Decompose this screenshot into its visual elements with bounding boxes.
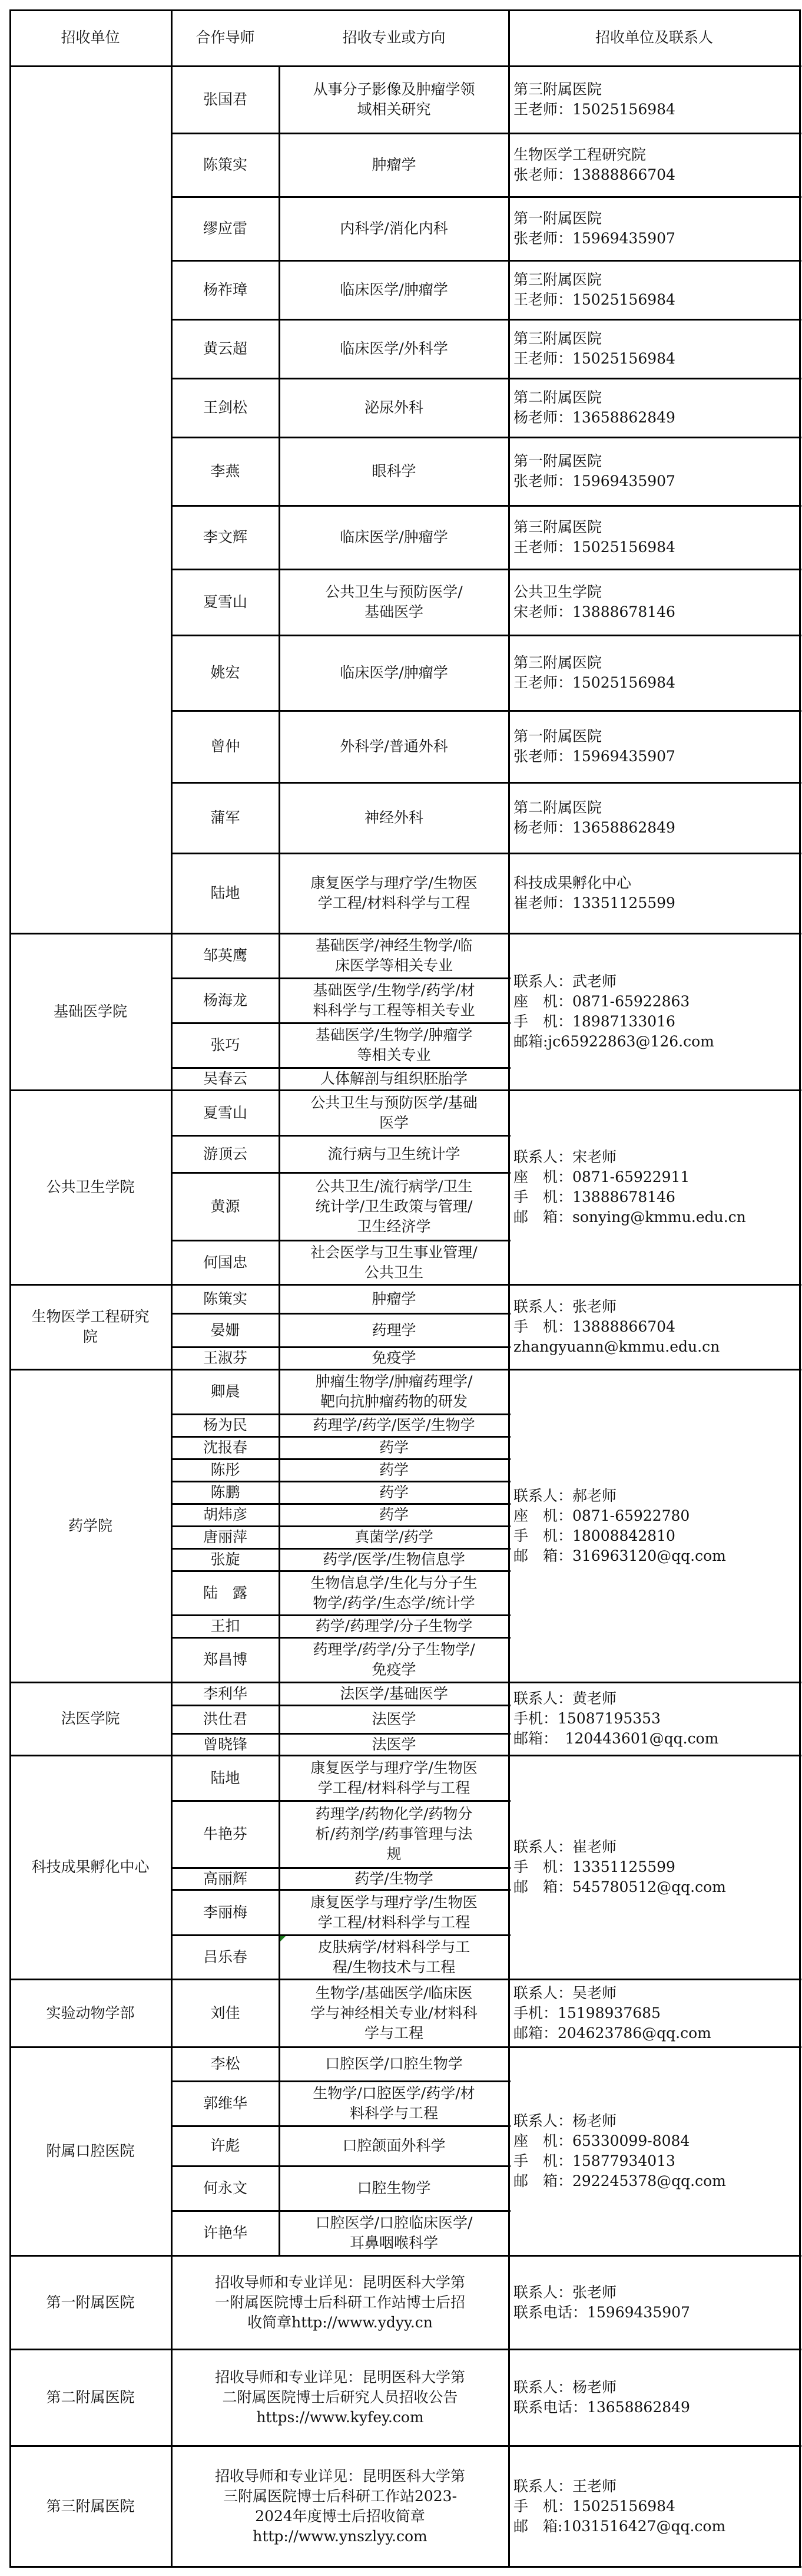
major-cell: 人体解剖与组织胚胎学 (279, 1068, 509, 1090)
supervisor-cell-text: 曾仲 (210, 737, 240, 757)
contact-cell-text: 第二附属医院 杨老师：13658862849 (513, 798, 675, 838)
unit-cell-text: 科技成果孵化中心 (31, 1857, 149, 1877)
unit-cell: 第一附属医院 (9, 2255, 171, 2349)
supervisor-cell: 胡炜彦 (171, 1504, 279, 1526)
major-cell: 真菌学/药学 (279, 1526, 509, 1548)
contact-cell: 联系人：杨老师 联系电话：13658862849 (509, 2349, 800, 2446)
major-cell: 内科学/消化内科 (279, 197, 509, 260)
supervisor-cell: 王扣 (171, 1615, 279, 1637)
contact-cell-text: 第三附属医院 王老师：15025156984 (513, 270, 675, 310)
supervisor-cell: 卿晨 (171, 1369, 279, 1414)
supervisor-cell-text: 夏雪山 (203, 1103, 247, 1123)
major-cell-text: 泌尿外科 (364, 398, 423, 418)
unit-cell: 第二附属医院 (9, 2349, 171, 2446)
major-cell-text: 临床医学/外科学 (340, 339, 448, 359)
contact-cell-text: 第二附属医院 杨老师：13658862849 (513, 388, 675, 428)
contact-cell-text: 联系人：杨老师 联系电话：13658862849 (513, 2377, 690, 2418)
unit-cell-text: 第三附属医院 (46, 2496, 134, 2516)
contact-cell: 联系人：宋老师 座 机：0871-65922911 手 机：1388867814… (509, 1090, 800, 1284)
supervisor-cell-text: 唐丽萍 (203, 1527, 247, 1547)
unit-cell-text: 药学院 (68, 1516, 112, 1536)
header-contact: 招收单位及联系人 (509, 9, 800, 66)
major-cell-text: 临床医学/肿瘤学 (340, 527, 448, 547)
major-cell-text: 法医学 (372, 1709, 416, 1729)
supervisor-cell: 何永文 (171, 2166, 279, 2211)
supervisor-cell-text: 晏姗 (210, 1320, 240, 1340)
supervisor-cell-text: 洪仕君 (203, 1709, 247, 1729)
supervisor-cell: 邹英鹰 (171, 933, 279, 978)
major-cell-text: 药学/生物学 (354, 1869, 433, 1889)
major-cell: 药学 (279, 1459, 509, 1481)
supervisor-cell: 吴春云 (171, 1068, 279, 1090)
supervisor-cell: 高丽辉 (171, 1868, 279, 1890)
contact-cell-text: 第三附属医院 王老师：15025156984 (513, 517, 675, 557)
major-cell-text: 神经外科 (364, 808, 423, 828)
contact-cell: 联系人：王老师 手 机：15025156984 邮 箱:1031516427@q… (509, 2446, 800, 2567)
header-supervisor: 合作导师 (171, 9, 279, 66)
major-cell: 口腔医学/口腔临床医学/ 耳鼻咽喉科学 (279, 2211, 509, 2255)
contact-cell: 联系人：崔老师 手 机：13351125599 邮 箱：545780512@qq… (509, 1755, 800, 1979)
contact-cell: 第三附属医院 王老师：15025156984 (509, 506, 800, 569)
contact-cell-text: 第三附属医院 王老师：15025156984 (513, 329, 675, 369)
supervisor-cell: 郭维华 (171, 2081, 279, 2126)
supervisor-cell-text: 何国忠 (203, 1253, 247, 1273)
contact-cell-text: 第三附属医院 王老师：15025156984 (513, 80, 675, 120)
major-cell: 公共卫生/流行病学/卫生 统计学/卫生政策与管理/ 卫生经济学 (279, 1173, 509, 1240)
major-cell-text: 基础医学/生物学/肿瘤学 等相关专业 (316, 1025, 473, 1065)
header-supervisor-text: 合作导师 (195, 28, 254, 48)
major-cell: 生物学/口腔医学/药学/材 料科学与工程 (279, 2081, 509, 2126)
contact-cell-text: 科技成果孵化中心 崔老师：13351125599 (513, 873, 675, 913)
major-cell-text: 社会医学与卫生事业管理/ 公共卫生 (310, 1243, 477, 1283)
contact-cell-text: 第三附属医院 王老师：15025156984 (513, 653, 675, 693)
major-cell: 药学 (279, 1504, 509, 1526)
supervisor-cell-text: 吴春云 (203, 1069, 247, 1089)
contact-cell: 第一附属医院 张老师：15969435907 (509, 437, 800, 506)
supervisor-cell: 李松 (171, 2047, 279, 2081)
supervisor-cell-text: 陆地 (210, 1768, 240, 1788)
supervisor-cell-text: 陆地 (210, 883, 240, 903)
supervisor-cell-text: 缪应雷 (203, 219, 247, 239)
supervisor-cell: 王剑松 (171, 378, 279, 437)
supervisor-cell: 杨海龙 (171, 978, 279, 1023)
major-cell-text: 眼科学 (372, 461, 416, 481)
major-cell: 流行病与卫生统计学 (279, 1135, 509, 1173)
major-cell: 临床医学/外科学 (279, 319, 509, 378)
contact-cell-text: 联系人：郝老师 座 机：0871-65922780 手 机：1800884281… (513, 1486, 726, 1566)
major-cell-text: 基础医学/神经生物学/临 床医学等相关专业 (316, 936, 473, 976)
supervisor-cell: 黄源 (171, 1173, 279, 1240)
major-cell: 公共卫生与预防医学/ 基础医学 (279, 569, 509, 635)
detail-cell-text: 招收导师和专业详见：昆明医科大学第 二附属医院博士后研究人员招收公告 https… (215, 2367, 465, 2428)
major-cell-text: 生物学/口腔医学/药学/材 料科学与工程 (313, 2083, 475, 2123)
unit-cell: 科技成果孵化中心 (9, 1755, 171, 1979)
contact-cell: 联系人：黄老师 手机：15087195353 邮箱： 120443601@qq.… (509, 1682, 800, 1755)
unit-cell (9, 66, 171, 933)
supervisor-cell-text: 郭维华 (203, 2093, 247, 2113)
unit-cell-text: 法医学院 (61, 1709, 120, 1729)
major-cell-text: 口腔生物学 (357, 2178, 430, 2198)
supervisor-cell: 杨为民 (171, 1414, 279, 1436)
major-cell-text: 肿瘤生物学/肿瘤药理学/ 靶向抗肿瘤药物的研发 (316, 1372, 473, 1412)
major-cell: 生物信息学/生化与分子生 物学/药学/生态学/统计学 (279, 1571, 509, 1615)
major-cell: 康复医学与理疗学/生物医 学工程/材料科学与工程 (279, 1755, 509, 1801)
supervisor-cell-text: 胡炜彦 (203, 1505, 247, 1525)
supervisor-cell: 洪仕君 (171, 1705, 279, 1733)
contact-cell: 联系人：武老师 座 机：0871-65922863 手 机：1898713301… (509, 933, 800, 1090)
contact-cell: 公共卫生学院 宋老师：13888678146 (509, 569, 800, 635)
contact-cell: 联系人：杨老师 座 机：65330099-8084 手 机：1587793401… (509, 2047, 800, 2255)
major-cell-text: 临床医学/肿瘤学 (340, 280, 448, 300)
contact-cell-text: 联系人：宋老师 座 机：0871-65922911 手 机：1388867814… (513, 1147, 746, 1227)
major-cell-text: 法医学 (372, 1735, 416, 1755)
supervisor-cell: 何国忠 (171, 1240, 279, 1284)
contact-cell-text: 联系人：武老师 座 机：0871-65922863 手 机：1898713301… (513, 972, 714, 1052)
major-cell: 康复医学与理疗学/生物医 学工程/材料科学与工程 (279, 853, 509, 933)
major-cell-text: 法医学/基础医学 (340, 1684, 448, 1704)
major-cell-text: 内科学/消化内科 (340, 219, 448, 239)
supervisor-cell-text: 王淑芬 (203, 1348, 247, 1368)
major-cell: 药理学/药学/分子生物学/ 免疫学 (279, 1637, 509, 1682)
supervisor-cell-text: 李松 (210, 2054, 240, 2074)
major-cell: 药学/医学/生物信息学 (279, 1548, 509, 1571)
major-cell: 免疫学 (279, 1347, 509, 1369)
supervisor-cell: 李利华 (171, 1682, 279, 1705)
contact-cell: 联系人：张老师 联系电话：15969435907 (509, 2255, 800, 2349)
supervisor-cell-text: 沈报春 (203, 1438, 247, 1458)
major-cell: 药学/药理学/分子生物学 (279, 1615, 509, 1637)
major-cell-text: 肿瘤学 (372, 155, 416, 175)
header-unit-text: 招收单位 (61, 28, 120, 48)
header-major-text: 招收专业或方向 (342, 28, 445, 48)
major-cell-text: 口腔医学/口腔生物学 (325, 2054, 462, 2074)
supervisor-cell-text: 杨为民 (203, 1415, 247, 1435)
contact-cell-text: 公共卫生学院 宋老师：13888678146 (513, 582, 675, 622)
supervisor-cell: 郑昌博 (171, 1637, 279, 1682)
contact-cell: 生物医学工程研究院 张老师：13888866704 (509, 133, 800, 197)
major-cell: 口腔颌面外科学 (279, 2126, 509, 2166)
major-cell: 药理学/药学/医学/生物学 (279, 1414, 509, 1436)
supervisor-cell: 李丽梅 (171, 1890, 279, 1935)
major-cell-text: 康复医学与理疗学/生物医 学工程/材料科学与工程 (310, 1893, 477, 1933)
major-cell-text: 药学 (379, 1505, 409, 1525)
supervisor-cell-text: 杨海龙 (203, 990, 247, 1010)
supervisor-cell-text: 张国君 (203, 90, 247, 110)
contact-cell: 联系人：吴老师 手机：15198937685 邮箱：204623786@qq.c… (509, 1979, 800, 2047)
contact-cell: 第二附属医院 杨老师：13658862849 (509, 378, 800, 437)
supervisor-cell-text: 吕乐春 (203, 1947, 247, 1967)
supervisor-cell-text: 李丽梅 (203, 1903, 247, 1923)
supervisor-cell: 陈彤 (171, 1459, 279, 1481)
comment-indicator-icon[interactable] (280, 1936, 286, 1941)
unit-cell-text: 第一附属医院 (46, 2293, 134, 2313)
contact-cell: 第三附属医院 王老师：15025156984 (509, 635, 800, 711)
major-cell: 临床医学/肿瘤学 (279, 260, 509, 319)
contact-cell: 第一附属医院 张老师：15969435907 (509, 197, 800, 260)
major-cell-text: 药学/医学/生物信息学 (323, 1550, 465, 1570)
supervisor-cell: 晏姗 (171, 1313, 279, 1347)
major-cell: 药学 (279, 1436, 509, 1459)
major-cell: 肿瘤学 (279, 1284, 509, 1313)
contact-cell-text: 联系人：杨老师 座 机：65330099-8084 手 机：1587793401… (513, 2111, 726, 2191)
supervisor-cell-text: 陈策实 (203, 155, 247, 175)
unit-cell-text: 公共卫生学院 (46, 1177, 134, 1197)
unit-cell: 实验动物学部 (9, 1979, 171, 2047)
contact-cell: 科技成果孵化中心 崔老师：13351125599 (509, 853, 800, 933)
supervisor-cell-text: 李文辉 (203, 527, 247, 547)
supervisor-cell-text: 牛艳芬 (203, 1824, 247, 1844)
unit-cell: 第三附属医院 (9, 2446, 171, 2567)
major-cell-text: 公共卫生/流行病学/卫生 统计学/卫生政策与管理/ 卫生经济学 (316, 1177, 473, 1237)
major-cell-text: 药理学/药学/医学/生物学 (313, 1415, 475, 1435)
supervisor-cell: 陈策实 (171, 1284, 279, 1313)
major-cell: 临床医学/肿瘤学 (279, 506, 509, 569)
unit-cell-text: 生物医学工程研究 院 (31, 1307, 149, 1347)
supervisor-cell: 张巧 (171, 1023, 279, 1068)
contact-cell: 第一附属医院 张老师：15969435907 (509, 711, 800, 782)
supervisor-cell: 李燕 (171, 437, 279, 506)
major-cell: 临床医学/肿瘤学 (279, 635, 509, 711)
supervisor-cell-text: 张巧 (210, 1035, 240, 1055)
supervisor-cell-text: 李燕 (210, 461, 240, 481)
supervisor-cell: 张旋 (171, 1548, 279, 1571)
major-cell-text: 公共卫生与预防医学/ 基础医学 (325, 582, 462, 622)
major-cell: 药理学/药物化学/药物分 析/药剂学/药事管理与法 规 (279, 1801, 509, 1868)
supervisor-cell-text: 何永文 (203, 2178, 247, 2198)
supervisor-cell-text: 郑昌博 (203, 1650, 247, 1670)
supervisor-cell: 沈报春 (171, 1436, 279, 1459)
supervisor-cell-text: 许艳华 (203, 2223, 247, 2243)
supervisor-cell-text: 邹英鹰 (203, 946, 247, 966)
contact-cell-text: 联系人：黄老师 手机：15087195353 邮箱： 120443601@qq.… (513, 1689, 718, 1749)
major-cell: 药理学 (279, 1313, 509, 1347)
unit-cell-text: 实验动物学部 (46, 2003, 134, 2023)
major-cell-text: 从事分子影像及肿瘤学领 域相关研究 (313, 80, 475, 120)
major-cell-text: 药理学/药学/分子生物学/ 免疫学 (313, 1640, 475, 1680)
supervisor-cell: 陆地 (171, 1755, 279, 1801)
major-cell-text: 基础医学/生物学/药学/材 料科学与工程等相关专业 (313, 980, 475, 1021)
supervisor-cell: 刘佳 (171, 1979, 279, 2047)
supervisor-cell: 陆地 (171, 853, 279, 933)
major-cell-text: 药学 (379, 1438, 409, 1458)
major-cell-text: 人体解剖与组织胚胎学 (320, 1069, 468, 1089)
detail-cell-text: 招收导师和专业详见：昆明医科大学第 一附属医院博士后科研工作站博士后招 收简章h… (215, 2273, 465, 2333)
supervisor-cell: 杨祚璋 (171, 260, 279, 319)
major-cell: 神经外科 (279, 782, 509, 853)
contact-cell: 第三附属医院 王老师：15025156984 (509, 66, 800, 133)
supervisor-cell: 曾仲 (171, 711, 279, 782)
major-cell-text: 药学/药理学/分子生物学 (316, 1616, 473, 1636)
major-cell: 泌尿外科 (279, 378, 509, 437)
supervisor-cell: 张国君 (171, 66, 279, 133)
contact-cell-text: 联系人：王老师 手 机：15025156984 邮 箱:1031516427@q… (513, 2476, 725, 2537)
major-cell-text: 生物学/基础医学/临床医 学与神经相关专业/材料科 学与工程 (310, 1983, 477, 2043)
supervisor-cell-text: 陈策实 (203, 1289, 247, 1309)
major-cell: 社会医学与卫生事业管理/ 公共卫生 (279, 1240, 509, 1284)
major-cell: 肿瘤生物学/肿瘤药理学/ 靶向抗肿瘤药物的研发 (279, 1369, 509, 1414)
contact-cell: 第三附属医院 王老师：15025156984 (509, 260, 800, 319)
major-cell-text: 真菌学/药学 (354, 1527, 433, 1547)
supervisor-cell-text: 卿晨 (210, 1382, 240, 1402)
supervisor-cell: 王淑芬 (171, 1347, 279, 1369)
supervisor-cell: 游顶云 (171, 1135, 279, 1173)
contact-cell: 第三附属医院 王老师：15025156984 (509, 319, 800, 378)
major-cell: 康复医学与理疗学/生物医 学工程/材料科学与工程 (279, 1890, 509, 1935)
major-cell: 基础医学/生物学/肿瘤学 等相关专业 (279, 1023, 509, 1068)
major-cell: 外科学/普通外科 (279, 711, 509, 782)
major-cell: 生物学/基础医学/临床医 学与神经相关专业/材料科 学与工程 (279, 1979, 509, 2047)
major-cell: 药学/生物学 (279, 1868, 509, 1890)
supervisor-cell: 黄云超 (171, 319, 279, 378)
contact-cell-text: 联系人：张老师 联系电话：15969435907 (513, 2283, 690, 2323)
major-cell: 公共卫生与预防医学/基础 医学 (279, 1090, 509, 1135)
header-contact-text: 招收单位及联系人 (595, 28, 713, 48)
unit-cell: 公共卫生学院 (9, 1090, 171, 1284)
major-cell: 基础医学/神经生物学/临 床医学等相关专业 (279, 933, 509, 978)
supervisor-cell: 陈鹏 (171, 1481, 279, 1504)
supervisor-cell: 曾晓锋 (171, 1733, 279, 1755)
supervisor-cell-text: 黄云超 (203, 339, 247, 359)
supervisor-cell: 牛艳芬 (171, 1801, 279, 1868)
supervisor-cell: 夏雪山 (171, 1090, 279, 1135)
supervisor-cell-text: 陈彤 (210, 1460, 240, 1480)
detail-cell: 招收导师和专业详见：昆明医科大学第 二附属医院博士后研究人员招收公告 https… (171, 2349, 509, 2446)
supervisor-cell-text: 高丽辉 (203, 1869, 247, 1889)
major-cell-text: 临床医学/肿瘤学 (340, 663, 448, 683)
major-cell-text: 公共卫生与预防医学/基础 医学 (310, 1093, 477, 1133)
major-cell: 法医学 (279, 1705, 509, 1733)
unit-cell: 药学院 (9, 1369, 171, 1682)
major-cell-text: 药理学 (372, 1320, 416, 1340)
detail-cell: 招收导师和专业详见：昆明医科大学第 三附属医院博士后科研工作站2023- 202… (171, 2446, 509, 2567)
detail-cell-text: 招收导师和专业详见：昆明医科大学第 三附属医院博士后科研工作站2023- 202… (215, 2466, 465, 2547)
header-unit: 招收单位 (9, 9, 171, 66)
supervisor-cell-text: 游顶云 (203, 1144, 247, 1164)
supervisor-cell-text: 王剑松 (203, 398, 247, 418)
supervisor-cell-text: 姚宏 (210, 663, 240, 683)
supervisor-cell-text: 夏雪山 (203, 592, 247, 612)
major-cell-text: 康复医学与理疗学/生物医 学工程/材料科学与工程 (310, 873, 477, 913)
major-cell-text: 口腔颌面外科学 (342, 2136, 445, 2156)
supervisor-cell-text: 李利华 (203, 1684, 247, 1704)
unit-cell: 法医学院 (9, 1682, 171, 1755)
major-cell: 从事分子影像及肿瘤学领 域相关研究 (279, 66, 509, 133)
unit-cell: 生物医学工程研究 院 (9, 1284, 171, 1369)
supervisor-cell-text: 王扣 (210, 1616, 240, 1636)
supervisor-cell: 缪应雷 (171, 197, 279, 260)
major-cell-text: 外科学/普通外科 (340, 737, 448, 757)
supervisor-cell: 李文辉 (171, 506, 279, 569)
contact-cell-text: 联系人：吴老师 手机：15198937685 邮箱：204623786@qq.c… (513, 1983, 711, 2043)
major-cell-text: 肿瘤学 (372, 1289, 416, 1309)
unit-cell-text: 附属口腔医院 (46, 2141, 134, 2161)
major-cell-text: 康复医学与理疗学/生物医 学工程/材料科学与工程 (310, 1758, 477, 1798)
contact-cell: 联系人：郝老师 座 机：0871-65922780 手 机：1800884281… (509, 1369, 800, 1682)
major-cell-text: 皮肤病学/材料科学与工 程/生物技术与工程 (318, 1937, 470, 1977)
supervisor-cell-text: 刘佳 (210, 2003, 240, 2023)
major-cell: 口腔医学/口腔生物学 (279, 2047, 509, 2081)
supervisor-cell-text: 陆 露 (203, 1583, 247, 1603)
major-cell: 法医学 (279, 1733, 509, 1755)
contact-cell: 第二附属医院 杨老师：13658862849 (509, 782, 800, 853)
supervisor-cell-text: 杨祚璋 (203, 280, 247, 300)
major-cell: 基础医学/生物学/药学/材 料科学与工程等相关专业 (279, 978, 509, 1023)
unit-cell: 附属口腔医院 (9, 2047, 171, 2255)
major-cell-text: 药学 (379, 1482, 409, 1502)
major-cell: 法医学/基础医学 (279, 1682, 509, 1705)
contact-cell-text: 第一附属医院 张老师：15969435907 (513, 209, 675, 249)
contact-cell-text: 第一附属医院 张老师：15969435907 (513, 726, 675, 767)
unit-cell-text: 基础医学院 (54, 1002, 127, 1022)
supervisor-cell-text: 黄源 (210, 1197, 240, 1217)
supervisor-cell: 唐丽萍 (171, 1526, 279, 1548)
major-cell: 眼科学 (279, 437, 509, 506)
unit-cell-text: 第二附属医院 (46, 2387, 134, 2407)
major-cell-text: 生物信息学/生化与分子生 物学/药学/生态学/统计学 (310, 1573, 477, 1613)
major-cell-text: 口腔医学/口腔临床医学/ 耳鼻咽喉科学 (316, 2213, 473, 2253)
supervisor-cell: 许彪 (171, 2126, 279, 2166)
major-cell-text: 药理学/药物化学/药物分 析/药剂学/药事管理与法 规 (316, 1804, 473, 1864)
contact-cell: 联系人：张老师 手 机：13888866704 zhangyuann@kmmu.… (509, 1284, 800, 1369)
supervisor-cell: 姚宏 (171, 635, 279, 711)
supervisor-cell-text: 陈鹏 (210, 1482, 240, 1502)
major-cell-text: 免疫学 (372, 1348, 416, 1368)
contact-cell-text: 联系人：张老师 手 机：13888866704 zhangyuann@kmmu.… (513, 1297, 720, 1357)
major-cell-text: 流行病与卫生统计学 (327, 1144, 460, 1164)
supervisor-cell: 夏雪山 (171, 569, 279, 635)
supervisor-cell: 蒲军 (171, 782, 279, 853)
contact-cell-text: 第一附属医院 张老师：15969435907 (513, 451, 675, 491)
supervisor-cell: 吕乐春 (171, 1935, 279, 1979)
supervisor-cell: 陆 露 (171, 1571, 279, 1615)
supervisor-cell-text: 许彪 (210, 2136, 240, 2156)
supervisor-cell: 陈策实 (171, 133, 279, 197)
supervisor-cell-text: 曾晓锋 (203, 1735, 247, 1755)
supervisor-cell-text: 张旋 (210, 1550, 240, 1570)
major-cell: 肿瘤学 (279, 133, 509, 197)
unit-cell: 基础医学院 (9, 933, 171, 1090)
major-cell: 皮肤病学/材料科学与工 程/生物技术与工程 (279, 1935, 509, 1979)
major-cell-text: 药学 (379, 1460, 409, 1480)
supervisor-cell-text: 蒲军 (210, 808, 240, 828)
major-cell: 药学 (279, 1481, 509, 1504)
supervisor-cell: 许艳华 (171, 2211, 279, 2255)
contact-cell-text: 联系人：崔老师 手 机：13351125599 邮 箱：545780512@qq… (513, 1837, 726, 1897)
contact-cell-text: 生物医学工程研究院 张老师：13888866704 (513, 145, 675, 185)
major-cell: 口腔生物学 (279, 2166, 509, 2211)
detail-cell: 招收导师和专业详见：昆明医科大学第 一附属医院博士后科研工作站博士后招 收简章h… (171, 2255, 509, 2349)
header-major: 招收专业或方向 (279, 9, 509, 66)
